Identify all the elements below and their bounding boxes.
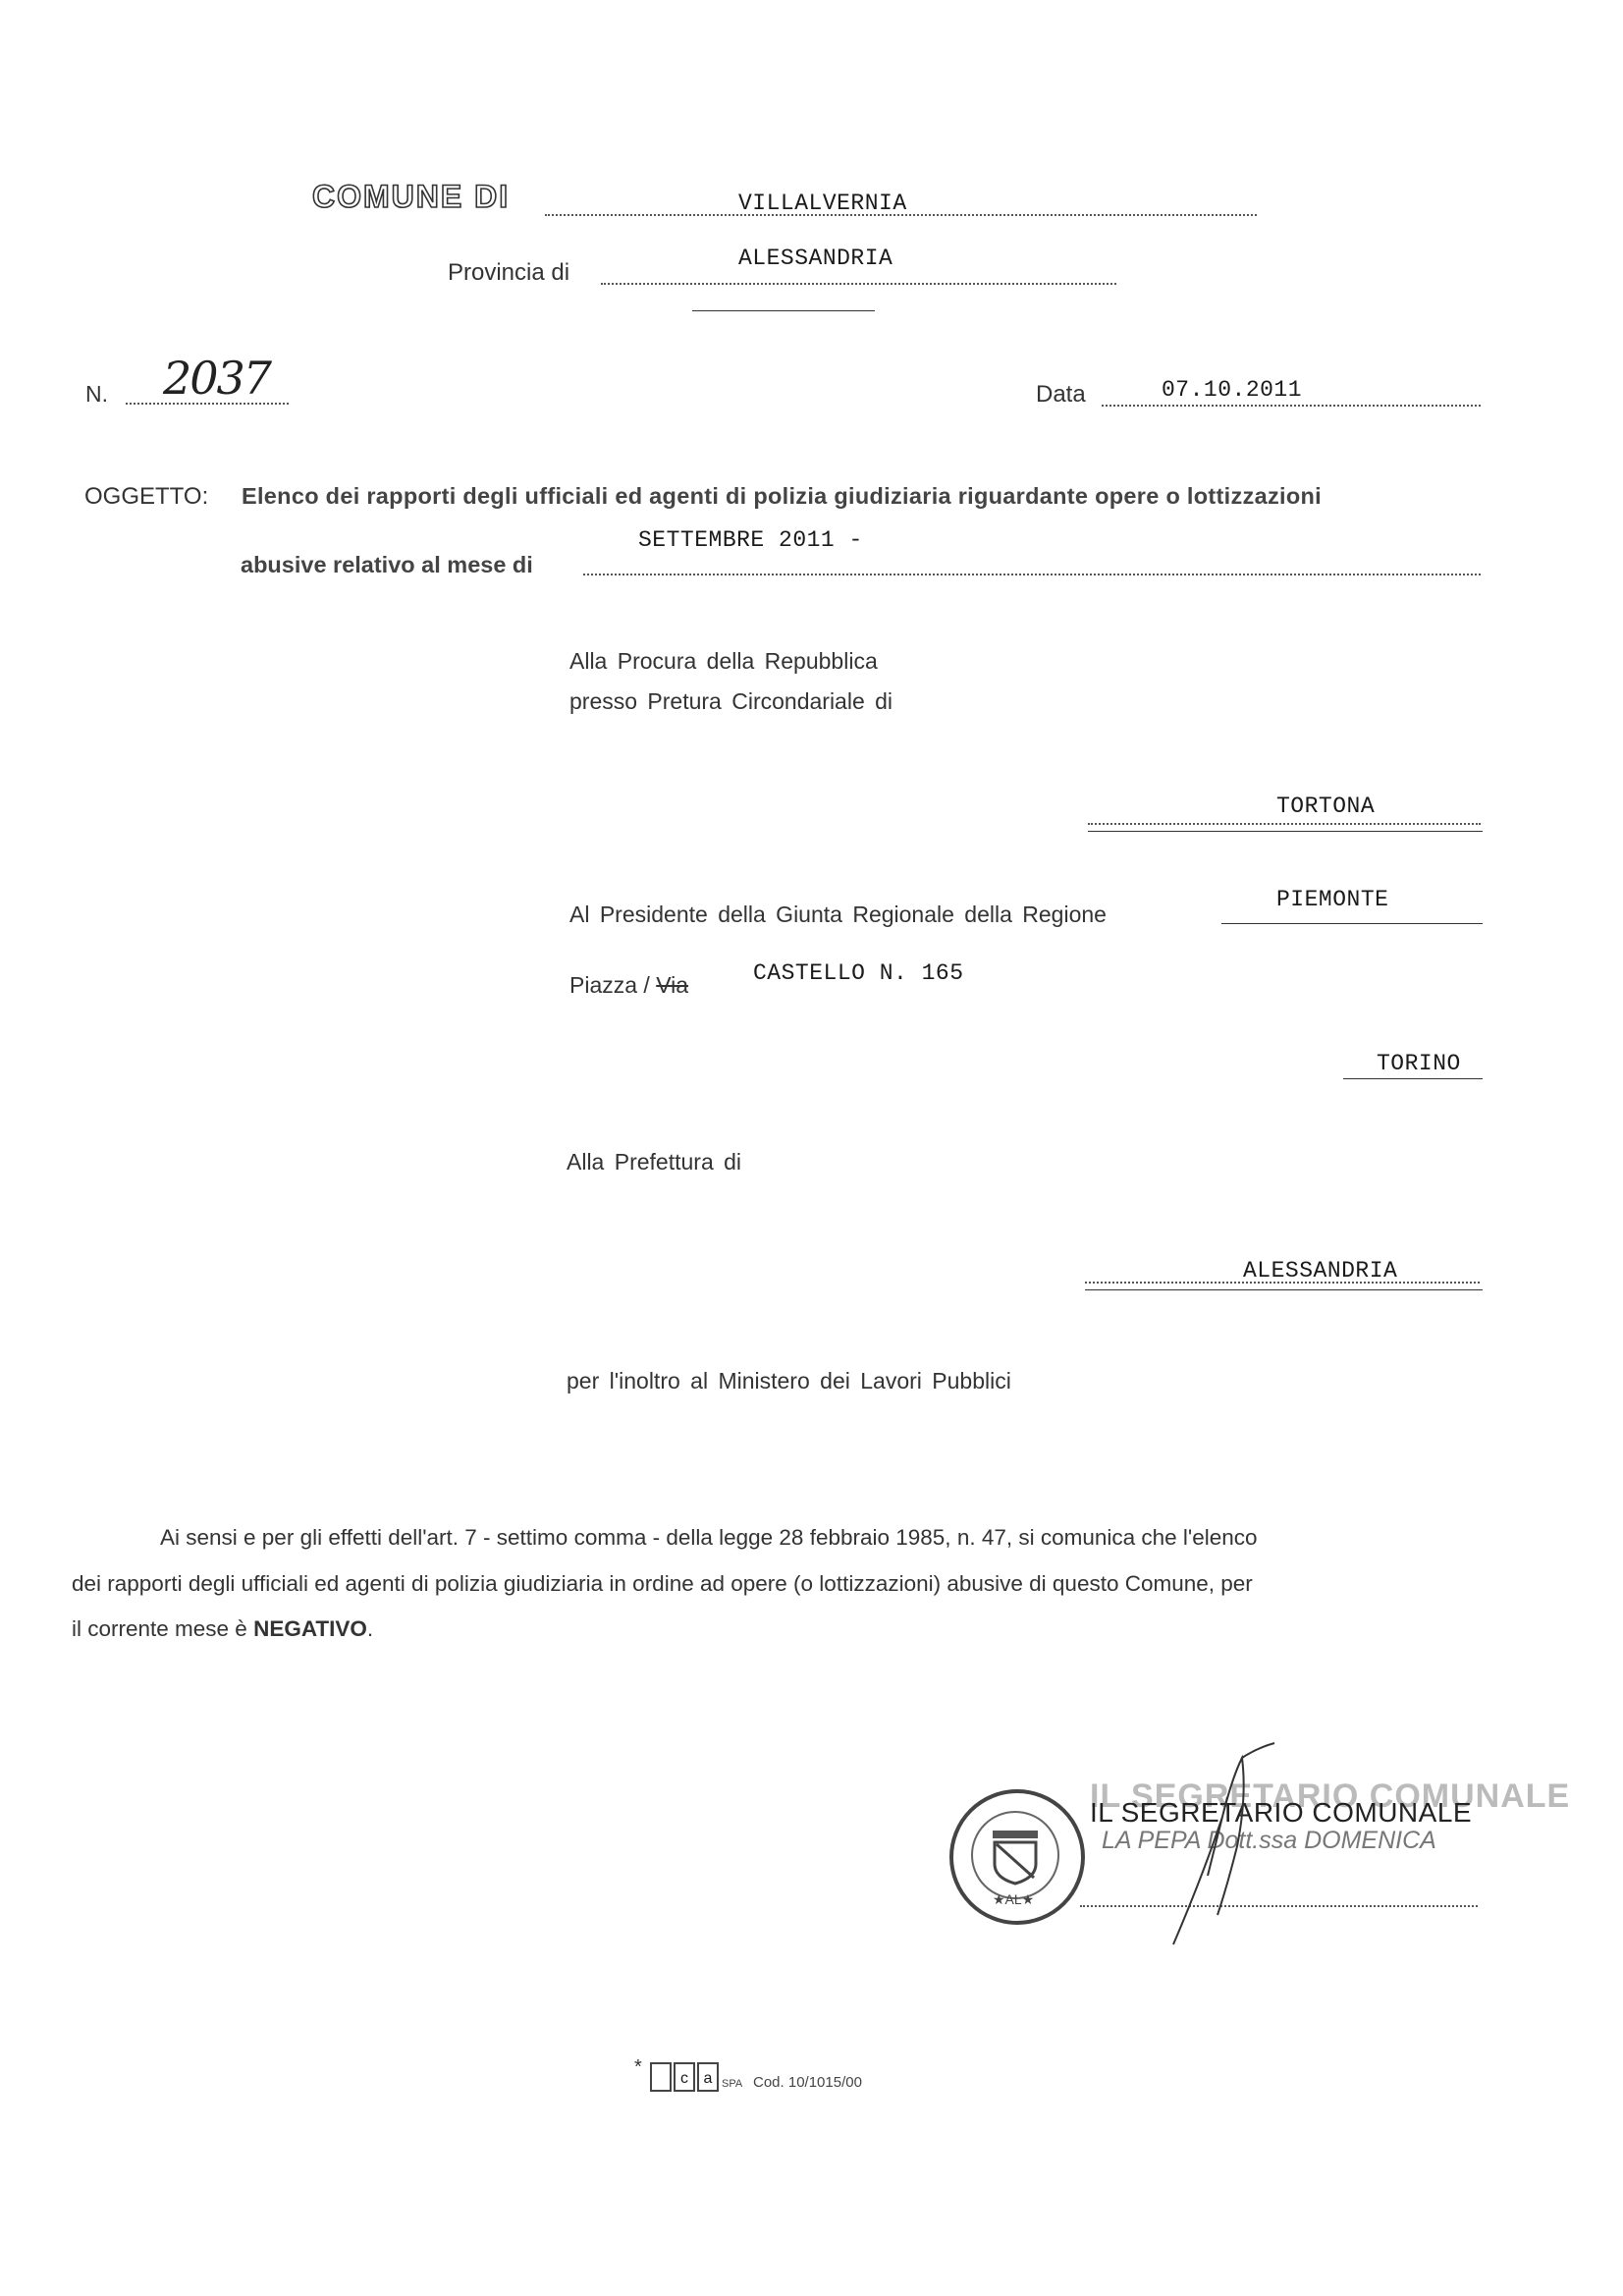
regione-city: TORINO xyxy=(1377,1051,1461,1076)
body-line1: Ai sensi e per gli effetti dell'art. 7 -… xyxy=(160,1525,1258,1551)
date-dotted-line xyxy=(1102,405,1481,407)
prefettura-rule xyxy=(1085,1289,1483,1290)
municipal-stamp: ★AL★ xyxy=(949,1789,1085,1925)
provincia-label: Provincia di xyxy=(448,259,569,287)
subject-label: OGGETTO: xyxy=(84,483,208,511)
brand-box-a: a xyxy=(697,2062,719,2092)
prefettura-label: Alla Prefettura di xyxy=(567,1149,741,1175)
regione-value: PIEMONTE xyxy=(1276,887,1388,912)
address-prefix: Piazza / Via xyxy=(569,972,688,999)
comune-label: COMUNE DI xyxy=(312,179,510,215)
prefettura-dotted-line xyxy=(1085,1282,1480,1284)
negativo-emphasis: NEGATIVO xyxy=(253,1616,367,1641)
provincia-value: ALESSANDRIA xyxy=(738,246,893,271)
month-value: SETTEMBRE 2011 - xyxy=(638,527,863,553)
footer-brand-logo: c a xyxy=(650,2062,719,2092)
footer-spa: SPA xyxy=(722,2078,742,2090)
regione-label: Al Presidente della Giunta Regionale del… xyxy=(569,902,1107,928)
address-struck-label: Via xyxy=(656,972,688,998)
protocol-number-handwritten: 2037 xyxy=(163,352,270,405)
handwritten-signature-icon xyxy=(1149,1738,1286,1954)
brand-box-i xyxy=(650,2062,672,2092)
footer-asterisk: * xyxy=(634,2056,642,2079)
procura-city: TORTONA xyxy=(1276,793,1375,819)
stamp-coat-of-arms xyxy=(971,1811,1059,1899)
date-value: 07.10.2011 xyxy=(1162,377,1302,403)
procura-line1: Alla Procura della Repubblica xyxy=(569,648,878,675)
address-prefix-label: Piazza / xyxy=(569,972,650,998)
footer-code: Cod. 10/1015/00 xyxy=(753,2074,862,2091)
stamp-text-bottom: ★AL★ xyxy=(993,1891,1034,1908)
header-rule xyxy=(692,310,875,311)
comune-value: VILLALVERNIA xyxy=(738,191,907,216)
procura-rule xyxy=(1088,831,1483,832)
address-value: CASTELLO N. 165 xyxy=(753,960,964,986)
prefettura-city: ALESSANDRIA xyxy=(1243,1258,1397,1284)
coat-of-arms-icon xyxy=(973,1813,1057,1897)
regione-city-rule xyxy=(1343,1078,1483,1079)
procura-line2: presso Pretura Circondariale di xyxy=(569,688,893,715)
subject-line2-prefix: abusive relativo al mese di xyxy=(241,552,533,578)
regione-rule xyxy=(1221,923,1483,924)
month-dotted-line xyxy=(583,574,1481,575)
inoltro-line: per l'inoltro al Ministero dei Lavori Pu… xyxy=(567,1368,1011,1394)
date-label: Data xyxy=(1036,381,1086,409)
body-line2: dei rapporti degli ufficiali ed agenti d… xyxy=(72,1571,1253,1597)
brand-box-c: c xyxy=(674,2062,695,2092)
body-line3-suffix: . xyxy=(367,1616,373,1641)
body-line3: il corrente mese è NEGATIVO. xyxy=(72,1616,373,1642)
provincia-dotted-line xyxy=(601,283,1116,285)
procura-dotted-line xyxy=(1088,823,1481,825)
body-line3-prefix: il corrente mese è xyxy=(72,1616,253,1641)
subject-line1: Elenco dei rapporti degli ufficiali ed a… xyxy=(242,483,1322,510)
protocol-number-label: N. xyxy=(85,381,108,408)
